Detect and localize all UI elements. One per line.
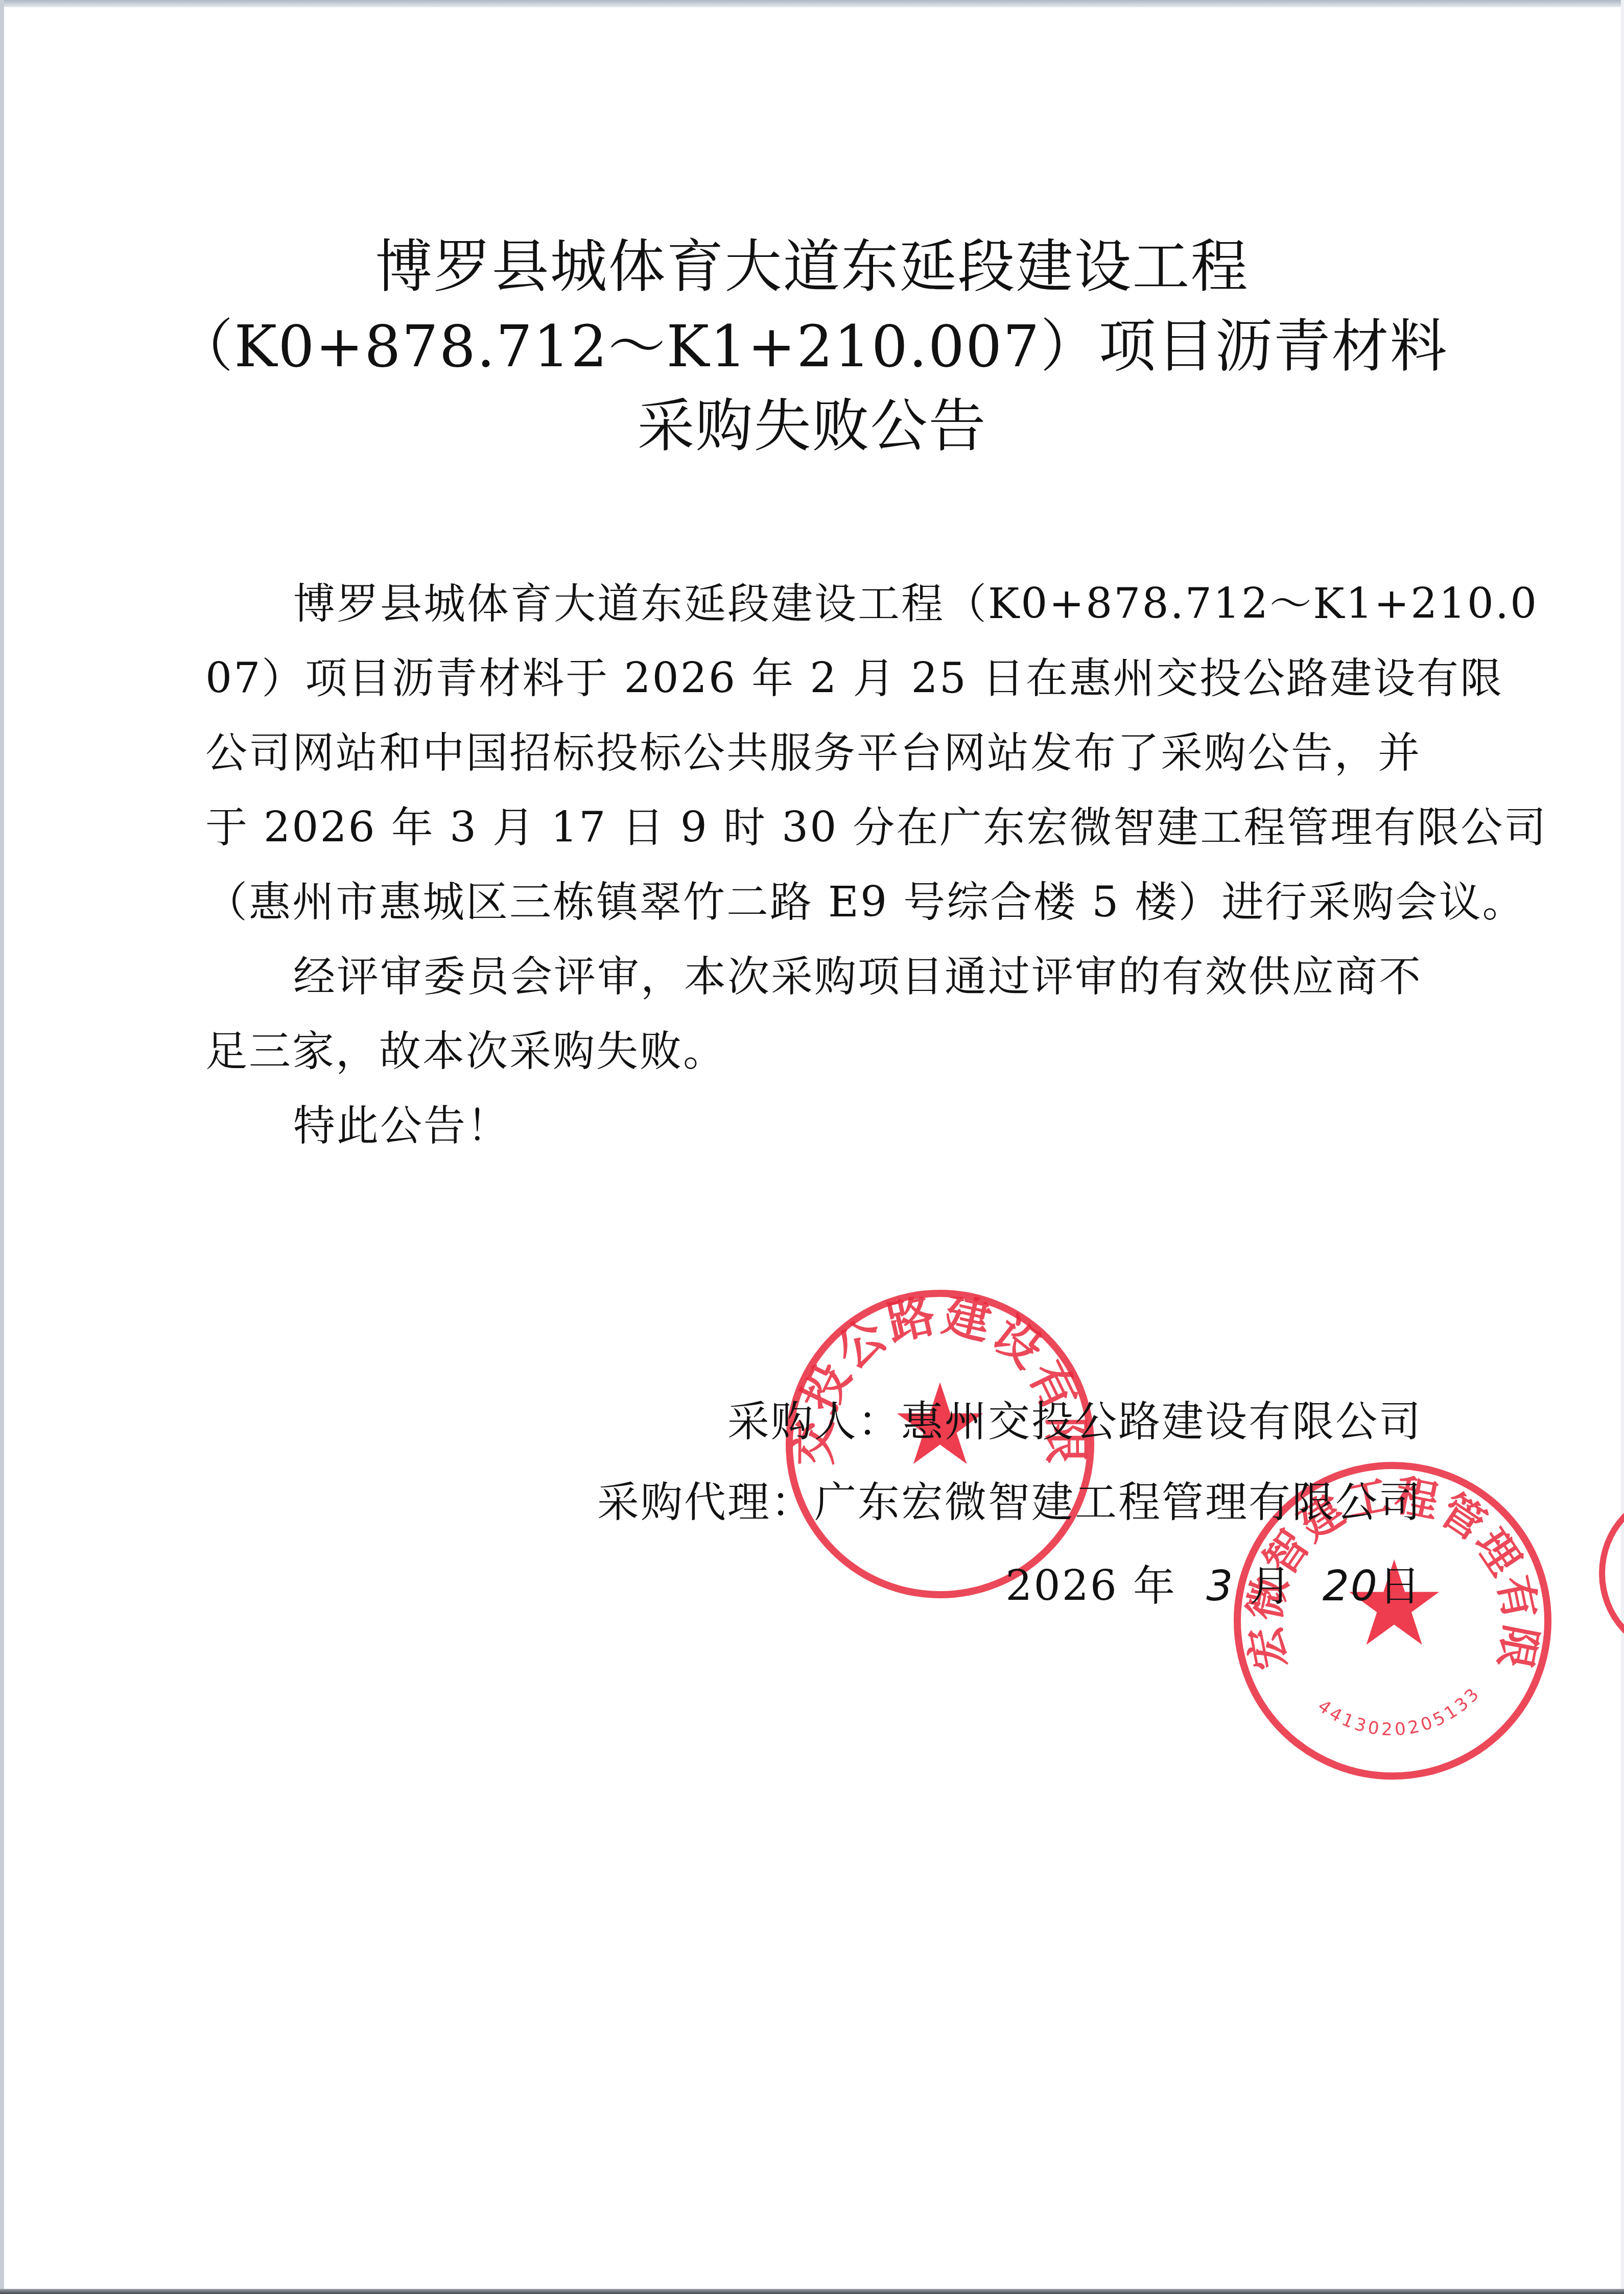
purchaser-name: 惠州交投公路建设有限公司: [901, 1398, 1422, 1446]
date-month-handwritten: 3: [1206, 1562, 1234, 1611]
signature-date: 2026 年 3 月 20日: [1005, 1553, 1422, 1613]
title-line-1: 博罗县城体育大道东延段建设工程: [0, 227, 1624, 307]
paragraph-evaluation-result: 经评审委员会评审，本次采购项目通过评审的有效供应商不 足三家，故本次采购失败。: [205, 940, 1431, 1089]
date-day-unit: 日: [1379, 1562, 1422, 1611]
date-year-unit: 年: [1133, 1562, 1176, 1611]
body-line: 于 2026 年 3 月 17 日 9 时 30 分在广东宏微智建工程管理有限公…: [205, 791, 1431, 865]
body-line: （惠州市惠城区三栋镇翠竹二路 E9 号综合楼 5 楼）进行采购会议。: [205, 865, 1431, 940]
announcement-body: 博罗县城体育大道东延段建设工程（K0+878.712～K1+210.0 07）项…: [205, 567, 1431, 1164]
document-title: 博罗县城体育大道东延段建设工程 （K0+878.712～K1+210.007）项…: [0, 227, 1624, 466]
scanner-edge-bottom: [0, 2289, 1624, 2294]
scanner-edge-top: [0, 0, 1624, 7]
body-line: 公司网站和中国招标投标公共服务平台网站发布了采购公告，并: [205, 716, 1431, 791]
paragraph-procurement-history: 博罗县城体育大道东延段建设工程（K0+878.712～K1+210.0 07）项…: [205, 567, 1431, 940]
date-year: 2026: [1005, 1562, 1118, 1611]
svg-text:4413020205133: 4413020205133: [1314, 1683, 1485, 1740]
body-line: 特此公告！: [205, 1089, 1431, 1164]
body-line: 足三家，故本次采购失败。: [205, 1014, 1431, 1089]
agent-name: 广东宏微智建工程管理有限公司: [814, 1478, 1422, 1527]
purchaser-label: 采购人：: [727, 1398, 901, 1446]
agent-signature: 采购代理：广东宏微智建工程管理有限公司: [597, 1469, 1422, 1529]
date-day-handwritten: 20: [1323, 1562, 1379, 1611]
title-line-2: （K0+878.712～K1+210.007）项目沥青材料: [0, 307, 1624, 387]
body-line: 经评审委员会评审，本次采购项目通过评审的有效供应商不: [205, 940, 1431, 1014]
seam-stamp-fragment: [1599, 1492, 1624, 1655]
paragraph-closing: 特此公告！: [205, 1089, 1431, 1164]
agent-label: 采购代理：: [597, 1478, 814, 1527]
purchaser-signature: 采购人：惠州交投公路建设有限公司: [727, 1388, 1422, 1448]
body-line: 07）项目沥青材料于 2026 年 2 月 25 日在惠州交投公路建设有限: [205, 642, 1431, 716]
body-line: 博罗县城体育大道东延段建设工程（K0+878.712～K1+210.0: [205, 567, 1431, 642]
title-line-3: 采购失败公告: [0, 387, 1624, 466]
date-month-unit: 月: [1249, 1562, 1292, 1611]
